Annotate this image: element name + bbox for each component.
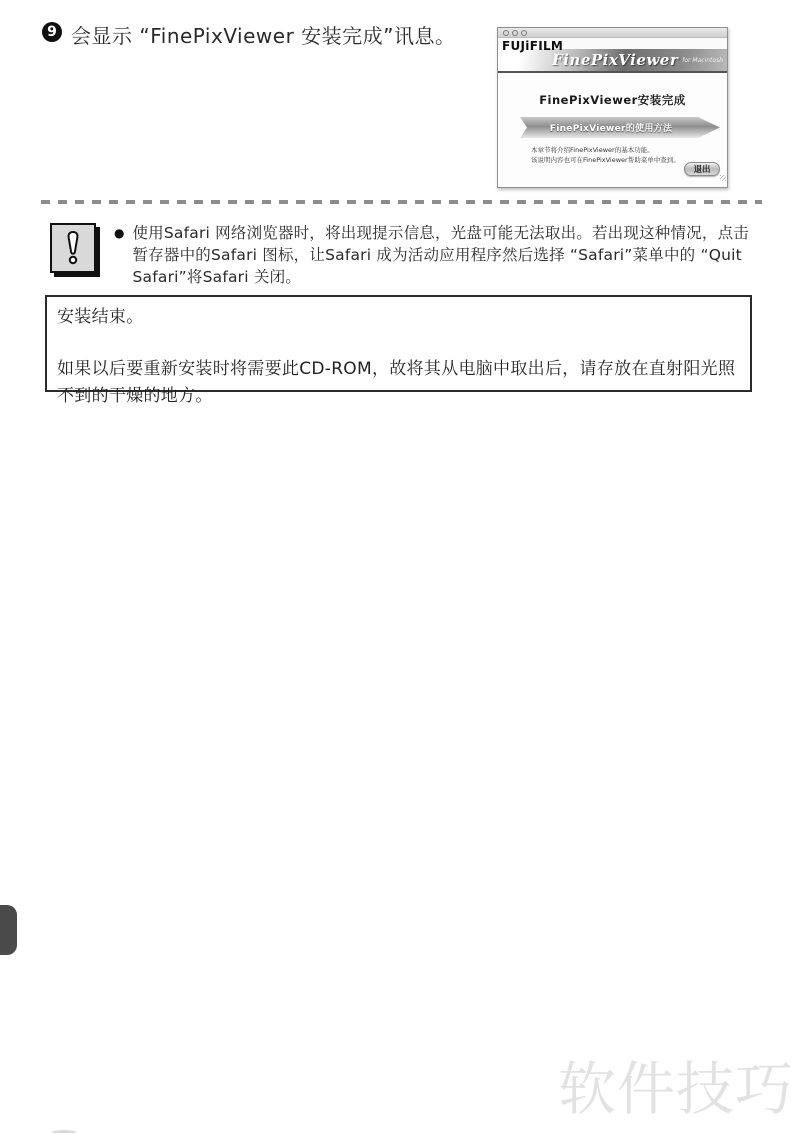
for-macintosh-label: for Macintosh <box>682 57 723 64</box>
paragraph-gap <box>57 330 740 356</box>
window-content: FinePixViewer安装完成 FinePixViewer的使用方法 本章节… <box>498 73 727 182</box>
dashed-separator <box>41 200 762 204</box>
minimize-window-icon[interactable] <box>512 30 518 36</box>
window-body-line1: 本章节将介绍FinePixViewer的基本功能。 <box>531 146 691 156</box>
note-text: 使用Safari 网络浏览器时，将出现提示信息，光盘可能无法取出。若出现这种情况… <box>132 222 752 288</box>
window-brand-header: FUJiFILM FinePixViewer for Macintosh <box>498 38 727 71</box>
quit-button[interactable]: 退出 <box>684 162 720 176</box>
caution-note: ● 使用Safari 网络浏览器时，将出现提示信息，光盘可能无法取出。若出现这种… <box>50 220 760 288</box>
close-window-icon[interactable] <box>503 30 509 36</box>
step-row: 9 会显示 “FinePixViewer 安装完成”讯息。 <box>42 20 456 49</box>
zoom-window-icon[interactable] <box>521 30 527 36</box>
manual-page: 9 会显示 “FinePixViewer 安装完成”讯息。 FUJiFILM F… <box>0 0 800 1133</box>
fujifilm-logo: FUJiFILM <box>502 39 563 53</box>
step-number-badge: 9 <box>42 22 62 42</box>
page-edge-tab <box>0 905 17 955</box>
note-bullet: ● <box>114 222 124 288</box>
window-body-text: 本章节将介绍FinePixViewer的基本功能。 该说明内容也可在FinePi… <box>531 146 691 166</box>
resize-handle-icon[interactable] <box>720 175 726 181</box>
install-complete-title: FinePixViewer安装完成 <box>498 92 727 108</box>
usage-arrow-button[interactable]: FinePixViewer的使用方法 <box>520 117 720 138</box>
caution-exclamation-icon <box>50 223 96 273</box>
section-watermark: 软件技巧 <box>558 1042 794 1126</box>
install-finished-line: 安装结束。 <box>57 304 740 330</box>
install-finished-box: 安装结束。 如果以后要重新安装时将需要此CD-ROM，故将其从电脑中取出后，请存… <box>45 295 752 392</box>
window-titlebar <box>498 28 727 38</box>
finepixviewer-window-screenshot: FUJiFILM FinePixViewer for Macintosh Fin… <box>497 27 728 188</box>
exclamation-glyph <box>61 230 85 266</box>
step-text: 会显示 “FinePixViewer 安装完成”讯息。 <box>71 20 456 49</box>
finepixviewer-logo: FinePixViewer <box>552 51 678 69</box>
window-body-line2: 该说明内容也可在FinePixViewer帮助菜单中查到。 <box>531 156 691 166</box>
note-text-wrap: ● 使用Safari 网络浏览器时，将出现提示信息，光盘可能无法取出。若出现这种… <box>114 220 752 288</box>
cdrom-storage-line: 如果以后要重新安装时将需要此CD-ROM，故将其从电脑中取出后，请存放在直射阳光… <box>57 356 740 409</box>
usage-arrow-button-label: FinePixViewer的使用方法 <box>550 121 690 134</box>
